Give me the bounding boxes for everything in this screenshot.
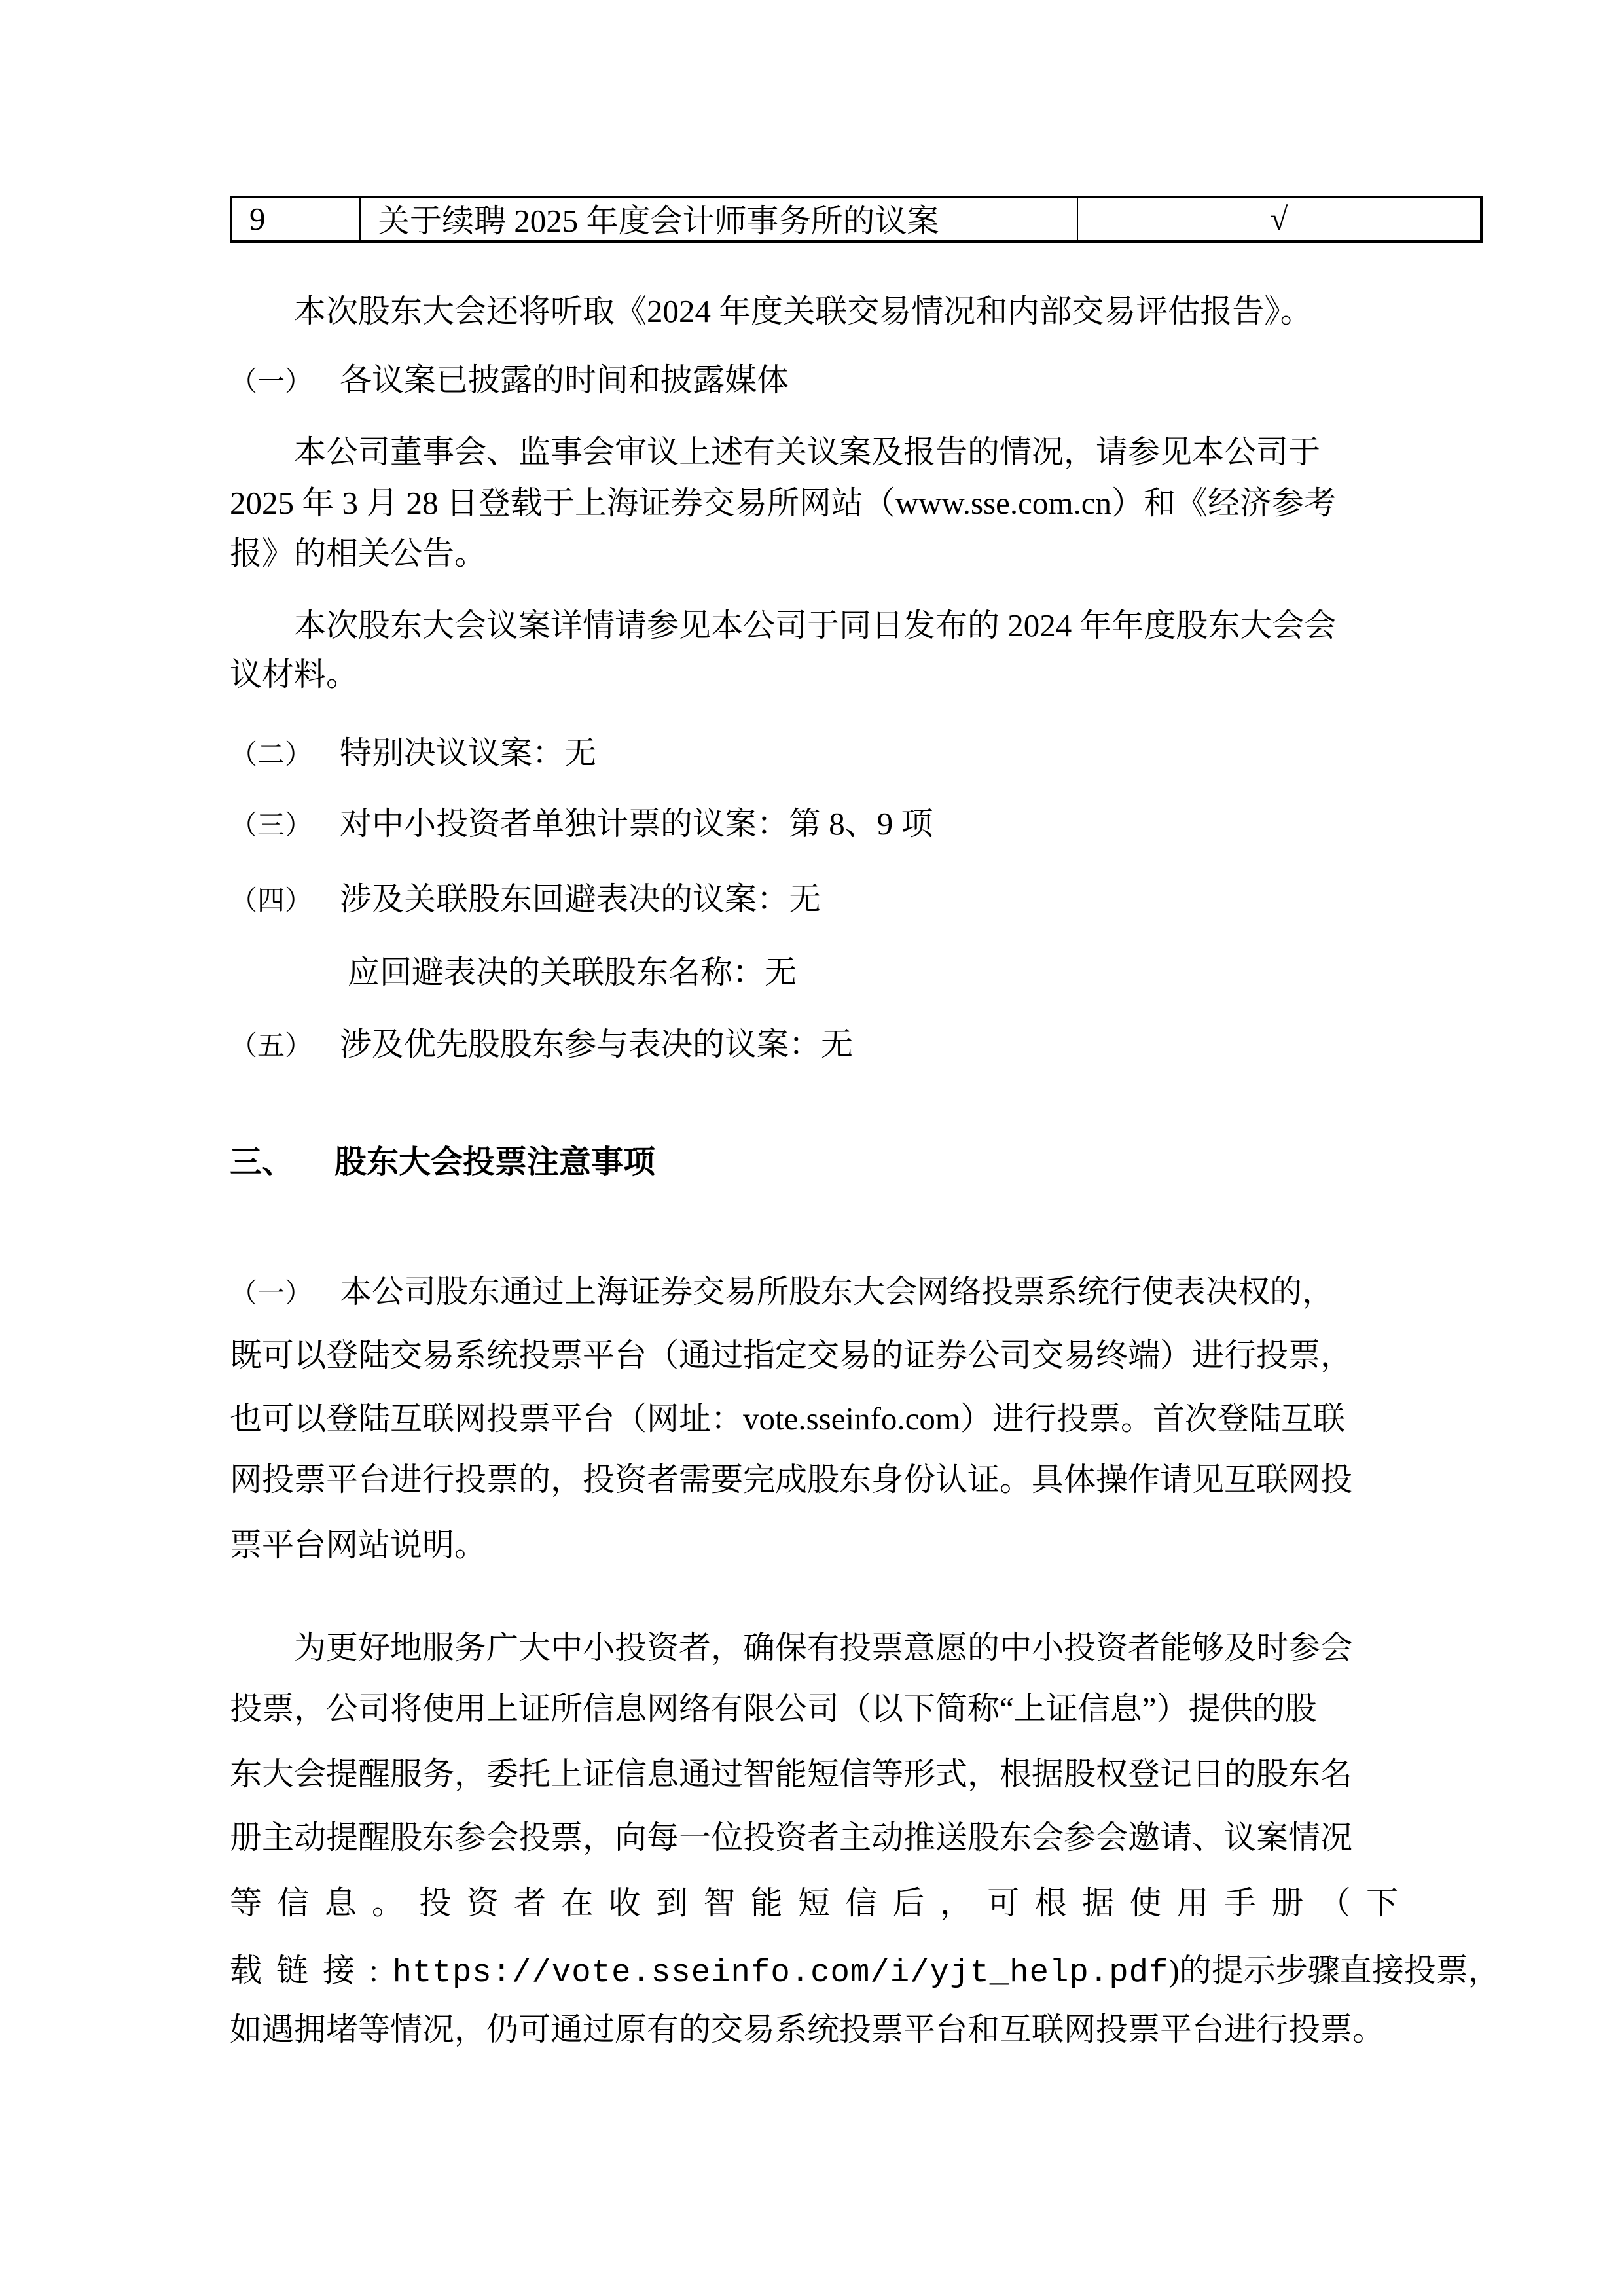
reminder-paragraph-line: 投票，公司将使用上证所信息网络有限公司（以下简称“上证信息”）提供的股 bbox=[230, 1692, 1398, 1726]
reminder-paragraph-line: 如遇拥堵等情况，仍可通过原有的交易系统投票平台和互联网投票平台进行投票。 bbox=[230, 2013, 1398, 2047]
list-marker: （五） bbox=[230, 1031, 312, 1062]
list-item-text: 本公司股东通过上海证券交易所股东大会网络投票系统行使表决权的， bbox=[340, 1274, 1334, 1310]
section-heading: 三、股东大会投票注意事项 bbox=[230, 1145, 1398, 1179]
help-pdf-url: https://vote.sseinfo.com/i/yjt_help.pdf bbox=[393, 1954, 1169, 1991]
list-marker: （一） bbox=[230, 1279, 312, 1309]
reminder-paragraph-line-justified: 等信息。投资者在收到智能短信后，可根据使用手册（下 bbox=[230, 1886, 1398, 1920]
reminder-paragraph-line: 为更好地服务广大中小投资者，确保有投票意愿的中小投资者能够及时参会 bbox=[230, 1631, 1462, 1665]
section-title: 股东大会投票注意事项 bbox=[334, 1144, 655, 1180]
section-number: 三、 bbox=[230, 1144, 294, 1180]
link-line-suffix: )的提示步骤直接投票， bbox=[1168, 1952, 1500, 1988]
list-item-preferred-shareholders: （五）涉及优先股股东参与表决的议案：无 bbox=[230, 1028, 1398, 1064]
list-item-related-sub-line: 应回避表决的关联股东名称：无 bbox=[348, 956, 1516, 990]
paragraph-line: 本公司董事会、监事会审议上述有关议案及报告的情况，请参见本公司于 bbox=[230, 435, 1462, 469]
paragraph-line: 2025 年 3 月 28 日登载于上海证券交易所网站（www.sse.com.… bbox=[230, 486, 1398, 520]
document-page: 9 关于续聘 2025 年度会计师事务所的议案 √ 本次股东大会还将听取《202… bbox=[0, 0, 1624, 2296]
voting-item-line: （一）本公司股东通过上海证券交易所股东大会网络投票系统行使表决权的， bbox=[230, 1275, 1398, 1311]
list-marker: （一） bbox=[230, 367, 312, 397]
table-row: 9 关于续聘 2025 年度会计师事务所的议案 √ bbox=[232, 198, 1480, 240]
list-item-small-investors: （三）对中小投资者单独计票的议案：第 8、9 项 bbox=[230, 807, 1398, 843]
list-item-related-shareholders: （四）涉及关联股东回避表决的议案：无 bbox=[230, 882, 1398, 918]
list-item-text: 涉及关联股东回避表决的议案：无 bbox=[340, 881, 821, 917]
proposal-title-cell: 关于续聘 2025 年度会计师事务所的议案 bbox=[361, 198, 1078, 240]
list-item-text: 各议案已披露的时间和披露媒体 bbox=[340, 362, 789, 398]
list-item-special-resolution: （二）特别决议议案：无 bbox=[230, 736, 1398, 772]
list-marker: （二） bbox=[230, 740, 312, 770]
voting-item-line: 既可以登陆交易系统投票平台（通过指定交易的证券公司交易终端）进行投票， bbox=[230, 1338, 1398, 1372]
list-item-disclosure: （一）各议案已披露的时间和披露媒体 bbox=[230, 363, 1398, 399]
intro-paragraph-line: 本次股东大会还将听取《2024 年度关联交易情况和内部交易评估报告》。 bbox=[230, 295, 1462, 329]
list-item-text: 特别决议议案：无 bbox=[340, 735, 596, 771]
paragraph-line: 本次股东大会议案详情请参见本公司于同日发布的 2024 年年度股东大会会 bbox=[230, 609, 1462, 643]
list-marker: （四） bbox=[230, 886, 312, 916]
voting-item-line: 也可以登陆互联网投票平台（网址：vote.sseinfo.com）进行投票。首次… bbox=[230, 1402, 1398, 1436]
reminder-paragraph-line: 册主动提醒股东参会投票，向每一位投资者主动推送股东会参会邀请、议案情况 bbox=[230, 1821, 1398, 1855]
list-item-text: 对中小投资者单独计票的议案：第 8、9 项 bbox=[340, 806, 933, 842]
vote-mark-cell: √ bbox=[1078, 198, 1480, 240]
list-marker: （三） bbox=[230, 811, 312, 841]
reminder-paragraph-link-line: 载链接:https://vote.sseinfo.com/i/yjt_help.… bbox=[230, 1954, 1398, 1990]
proposal-number-cell: 9 bbox=[232, 198, 361, 240]
reminder-paragraph-line: 东大会提醒服务，委托上证信息通过智能短信等形式，根据股权登记日的股东名 bbox=[230, 1757, 1398, 1791]
list-item-text: 涉及优先股股东参与表决的议案：无 bbox=[340, 1026, 853, 1062]
agenda-table: 9 关于续聘 2025 年度会计师事务所的议案 √ bbox=[230, 196, 1483, 243]
voting-item-line: 票平台网站说明。 bbox=[230, 1528, 1398, 1562]
voting-item-line: 网投票平台进行投票的，投资者需要完成股东身份认证。具体操作请见互联网投 bbox=[230, 1463, 1398, 1497]
link-line-prefix: 载链接: bbox=[230, 1952, 393, 1988]
paragraph-line: 报》的相关公告。 bbox=[230, 537, 1398, 571]
paragraph-line: 议材料。 bbox=[230, 658, 1398, 692]
